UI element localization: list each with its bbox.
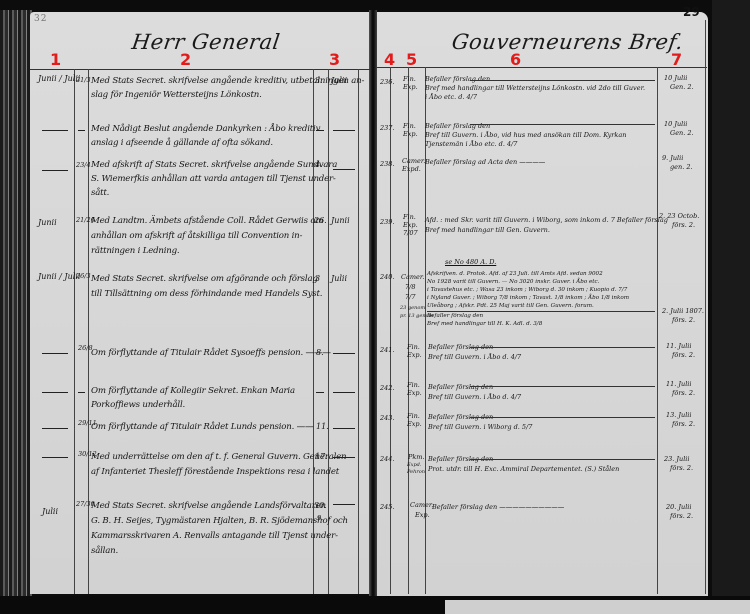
column-number-3: 3 bbox=[329, 50, 340, 69]
right-entry-line: Befaller förslag ad Acta den ———— bbox=[425, 158, 545, 166]
entry-dept: Fin. bbox=[407, 412, 420, 420]
right-col7-date: 9. Julii bbox=[662, 154, 683, 162]
book-binding bbox=[0, 10, 32, 602]
left-entry-line: Med afskrift af Stats Secret. skrifvelse… bbox=[91, 158, 337, 172]
left-entry-line: af Infanteriet Thesleff förestående Insp… bbox=[91, 465, 339, 479]
left-col3-month: Junii bbox=[331, 214, 350, 228]
ditto-dash bbox=[333, 353, 355, 354]
column-number-1: 1 bbox=[50, 50, 61, 69]
entry-dept: Fin. bbox=[403, 122, 416, 130]
entry-dept: 23 genom bbox=[400, 304, 425, 312]
entry-dept: Fin. bbox=[407, 343, 420, 351]
left-entry-line: Om förflyttande af Titulair Rådet Lunds … bbox=[91, 420, 313, 434]
right-col7-date: 11. Julii bbox=[666, 342, 691, 350]
right-entry-line: Prot. utdr. till H. Exc. Ammiral Departe… bbox=[428, 465, 619, 473]
right-col7-note: gen. 2. bbox=[670, 163, 693, 171]
left-entry-line: Kammarsskrivaren A. Renvalls antagande t… bbox=[91, 529, 338, 543]
underlying-paper bbox=[445, 600, 750, 614]
left-entry-line: anhållan om afskrift af åtskilliga till … bbox=[91, 229, 302, 243]
entry-rule bbox=[470, 386, 655, 387]
entry-rule bbox=[470, 417, 655, 418]
entry-dept: Fin. bbox=[403, 213, 416, 221]
left-date: 26/3 bbox=[76, 272, 91, 280]
right-col7-date: 2. Julii 1807. bbox=[662, 307, 704, 315]
left-entry-line: G. B. H. Seijes, Tygmästaren Hjalten, B.… bbox=[91, 514, 348, 528]
entry-dept: Exp. bbox=[403, 83, 418, 91]
left-col-rule-5 bbox=[358, 69, 359, 594]
background-right bbox=[712, 0, 750, 614]
left-entry-line: slag för Ingeniör Wettersteijns Lönkostn… bbox=[91, 88, 262, 102]
entry-number: 236. bbox=[380, 78, 394, 86]
entry-dept: Fin. bbox=[407, 381, 420, 389]
book-gutter bbox=[369, 10, 377, 606]
cross-reference-note: se No 480 A. D. bbox=[445, 258, 496, 266]
right-entry-line: Befaller förslag den bbox=[428, 383, 493, 391]
corner-mark: 32 bbox=[34, 14, 47, 24]
right-col7-date: 23. Julii bbox=[664, 455, 689, 463]
right-entry-line: Bref till Guvern. i Åbo d. 4/7 bbox=[428, 393, 521, 401]
left-col1-value: Junii bbox=[38, 216, 57, 230]
right-entry-line: i Åbo etc. d. 4/7 bbox=[425, 93, 477, 101]
entry-dept: Pehron bbox=[407, 468, 425, 476]
left-col3-number: 8. bbox=[316, 346, 324, 360]
entry-dept: Exp. bbox=[407, 389, 422, 397]
right-entry-line: Uleåborg ; Afskr. Pdt. 25 Maj varit till… bbox=[427, 302, 594, 310]
entry-number: 237. bbox=[380, 124, 394, 132]
right-entry-line: Befaller förslag den bbox=[427, 312, 483, 320]
right-entry-line: Afd. : med Skr. varit till Guvern. i Wib… bbox=[425, 216, 668, 224]
left-entry-line: till Tillsättning om dess förhindande me… bbox=[91, 287, 322, 301]
entry-dept: Fin. bbox=[403, 75, 416, 83]
left-entry-line: Med Stats Secret. skrifvelse angående La… bbox=[91, 499, 326, 513]
right-entry-line: Befaller förslag den bbox=[425, 75, 490, 83]
left-entry-line: Med Stats Secret. skrifvelse angående kr… bbox=[91, 74, 364, 88]
ditto-dash bbox=[333, 169, 355, 170]
right-col7-date: 20. Julii bbox=[666, 503, 691, 511]
left-col1-value: Junii / Julii bbox=[38, 270, 80, 284]
entry-number: 240. bbox=[380, 273, 394, 281]
left-col-rule-1 bbox=[74, 69, 75, 594]
right-entry-line: i Nyland Guver. ; Wiborg 7/8 inkom ; Tav… bbox=[427, 294, 629, 302]
right-entry-line: Bref med handlingar till Wettersteijns L… bbox=[425, 84, 645, 92]
right-entry-line: Bref med handlingar till H. K. Adl. d. 3… bbox=[427, 320, 542, 328]
entry-dept: 7/7 bbox=[405, 293, 415, 301]
ditto-dash bbox=[316, 392, 324, 393]
right-col7-date: 10 Julii bbox=[664, 74, 687, 82]
entry-dept: Pkm. bbox=[408, 453, 425, 461]
entry-rule bbox=[470, 459, 655, 460]
right-page-edge bbox=[705, 20, 706, 594]
right-col7-note: förs. 2. bbox=[670, 464, 693, 472]
column-number-2: 2 bbox=[180, 50, 191, 69]
right-col7-note: Gen. 2. bbox=[670, 129, 694, 137]
entry-number: 243. bbox=[380, 414, 394, 422]
left-col3-month: Julii bbox=[331, 74, 347, 88]
entry-dept: Exp. bbox=[407, 351, 422, 359]
left-col-rule-2 bbox=[88, 69, 89, 594]
ditto-dash bbox=[42, 392, 68, 393]
right-col7-date: 13. Julii bbox=[666, 411, 691, 419]
right-entry-line: No 1928 varit till Guvern. — No 3020 ins… bbox=[427, 278, 599, 286]
right-col7-date: 2. 23 Octob. bbox=[659, 212, 699, 220]
right-page-title: Gouverneurens Bref. bbox=[450, 30, 685, 54]
ditto-dash bbox=[78, 392, 85, 393]
entry-number: 242. bbox=[380, 384, 394, 392]
left-col3-number: 30. bbox=[314, 499, 327, 513]
ditto-dash bbox=[42, 170, 68, 171]
right-entry-line: Bref till Guvern. i Åbo, vid hus med ans… bbox=[425, 131, 626, 139]
left-col1-value: Julii bbox=[42, 505, 58, 519]
right-col7-date: 11. Julii bbox=[666, 380, 691, 388]
ditto-dash bbox=[78, 130, 85, 131]
right-col7-date: 10 Julii bbox=[664, 120, 687, 128]
entry-number: 244. bbox=[380, 455, 394, 463]
right-col7-note: förs. 2. bbox=[672, 389, 695, 397]
right-col7-note: förs. 2. bbox=[670, 512, 693, 520]
entry-rule bbox=[470, 124, 655, 125]
left-entry-line: Porkoffiews underhåll. bbox=[91, 398, 185, 412]
left-col3-sub: 9. bbox=[317, 514, 323, 522]
ditto-dash bbox=[333, 130, 355, 131]
entry-rule bbox=[470, 80, 655, 81]
left-col3-month: Julii bbox=[331, 272, 347, 286]
ditto-dash bbox=[333, 392, 355, 393]
left-entry-line: Om förflyttande af Titulair Rådet Sysoef… bbox=[91, 346, 331, 360]
right-entry-line: Befaller förslag den —————————— bbox=[432, 503, 564, 511]
left-col3-number: 3. bbox=[315, 74, 323, 88]
right-col-rule-2 bbox=[408, 67, 409, 594]
left-page-title: Herr General bbox=[130, 30, 281, 54]
entry-rule bbox=[470, 347, 655, 348]
left-header-rule bbox=[30, 69, 370, 70]
entry-dept: 7/8 bbox=[405, 283, 415, 291]
entry-number: 241. bbox=[380, 346, 394, 354]
ditto-dash bbox=[42, 457, 68, 458]
left-date: 21/3 bbox=[76, 76, 91, 84]
entry-dept: Exp. bbox=[403, 221, 418, 229]
entry-dept: Exp. bbox=[407, 420, 422, 428]
right-entry-line: Bref till Guvern. i Åbo d. 4/7 bbox=[428, 353, 521, 361]
page-number: 29 bbox=[683, 5, 700, 19]
left-date: 23/4 bbox=[76, 161, 91, 169]
entry-dept: Camer. bbox=[410, 501, 433, 509]
entry-number: 238. bbox=[380, 160, 394, 168]
left-entry-line: Med Nådigt Beslut angående Dankyrken : Å… bbox=[91, 122, 320, 136]
left-col3-number: 26. bbox=[314, 214, 327, 228]
left-entry-line: rättningen i Ledning. bbox=[91, 244, 179, 258]
left-col3-number: 3 bbox=[315, 272, 320, 286]
ditto-dash bbox=[333, 504, 355, 505]
left-col3-number: 4. bbox=[315, 158, 323, 172]
right-col7-note: Gen. 2. bbox=[670, 83, 694, 91]
entry-dept: Camer. bbox=[401, 273, 424, 281]
left-entry-line: Med Landtm. Ämbets afstående Coll. Rådet… bbox=[91, 214, 323, 228]
entry-dept: 7/07 bbox=[403, 229, 418, 237]
right-col-rule-4 bbox=[657, 67, 658, 594]
entry-dept: Exp. bbox=[415, 511, 430, 519]
entry-number: 245. bbox=[380, 503, 394, 511]
entry-dept: Exp. bbox=[403, 130, 418, 138]
left-entry-line: sått. bbox=[91, 186, 109, 200]
entry-number: 239. bbox=[380, 218, 394, 226]
left-entry-line: S. Wiemerfkis anhållan att varda antagen… bbox=[91, 172, 336, 186]
left-entry-line: Med underrättelse om den af t. f. Genera… bbox=[91, 450, 346, 464]
ditto-dash bbox=[333, 457, 355, 458]
left-entry-line: Med Stats Secret. skrifvelse om afgörand… bbox=[91, 272, 318, 286]
left-col1-value: Junii / Julii bbox=[38, 72, 80, 86]
ditto-dash bbox=[42, 130, 68, 131]
ditto-dash bbox=[42, 353, 68, 354]
left-col3-number: 11. bbox=[316, 420, 329, 434]
right-entry-line: Bref till Guvern. i Wiborg d. 5/7 bbox=[428, 423, 532, 431]
right-entry-line: Afskrifven. d. Protok. Afd. af 23 Juli. … bbox=[427, 270, 603, 278]
right-entry-line: i Tavastehus etc. ; Wasa 23 inkom ; Wibo… bbox=[427, 286, 627, 294]
right-col7-note: förs. 2. bbox=[672, 221, 695, 229]
right-col-rule-1 bbox=[390, 67, 391, 594]
right-entry-line: Tjenstemän i Åbo etc. d. 4/7 bbox=[425, 140, 517, 148]
ledger-spread: 32 29 Herr General Gouverneurens Bref. 1… bbox=[0, 0, 750, 614]
left-col3-number: 17. bbox=[315, 450, 328, 464]
right-col7-note: förs. 2. bbox=[672, 316, 695, 324]
left-entry-line: Om förflyttande af Kollegiir Sekret. Enk… bbox=[91, 384, 295, 398]
entry-dept: Expd. bbox=[402, 165, 421, 173]
ditto-dash bbox=[333, 428, 355, 429]
ditto-dash bbox=[42, 428, 68, 429]
entry-dept: Camer. bbox=[402, 157, 425, 165]
left-entry-line: anslag i afseende å gällande af ofta sök… bbox=[91, 136, 273, 150]
left-entry-line: sållan. bbox=[91, 544, 118, 558]
ditto-dash bbox=[316, 130, 324, 131]
right-col7-note: förs. 2. bbox=[672, 420, 695, 428]
right-entry-line: Bref med handlingar till Gen. Guvern. bbox=[425, 226, 550, 234]
right-col7-note: förs. 2. bbox=[672, 351, 695, 359]
